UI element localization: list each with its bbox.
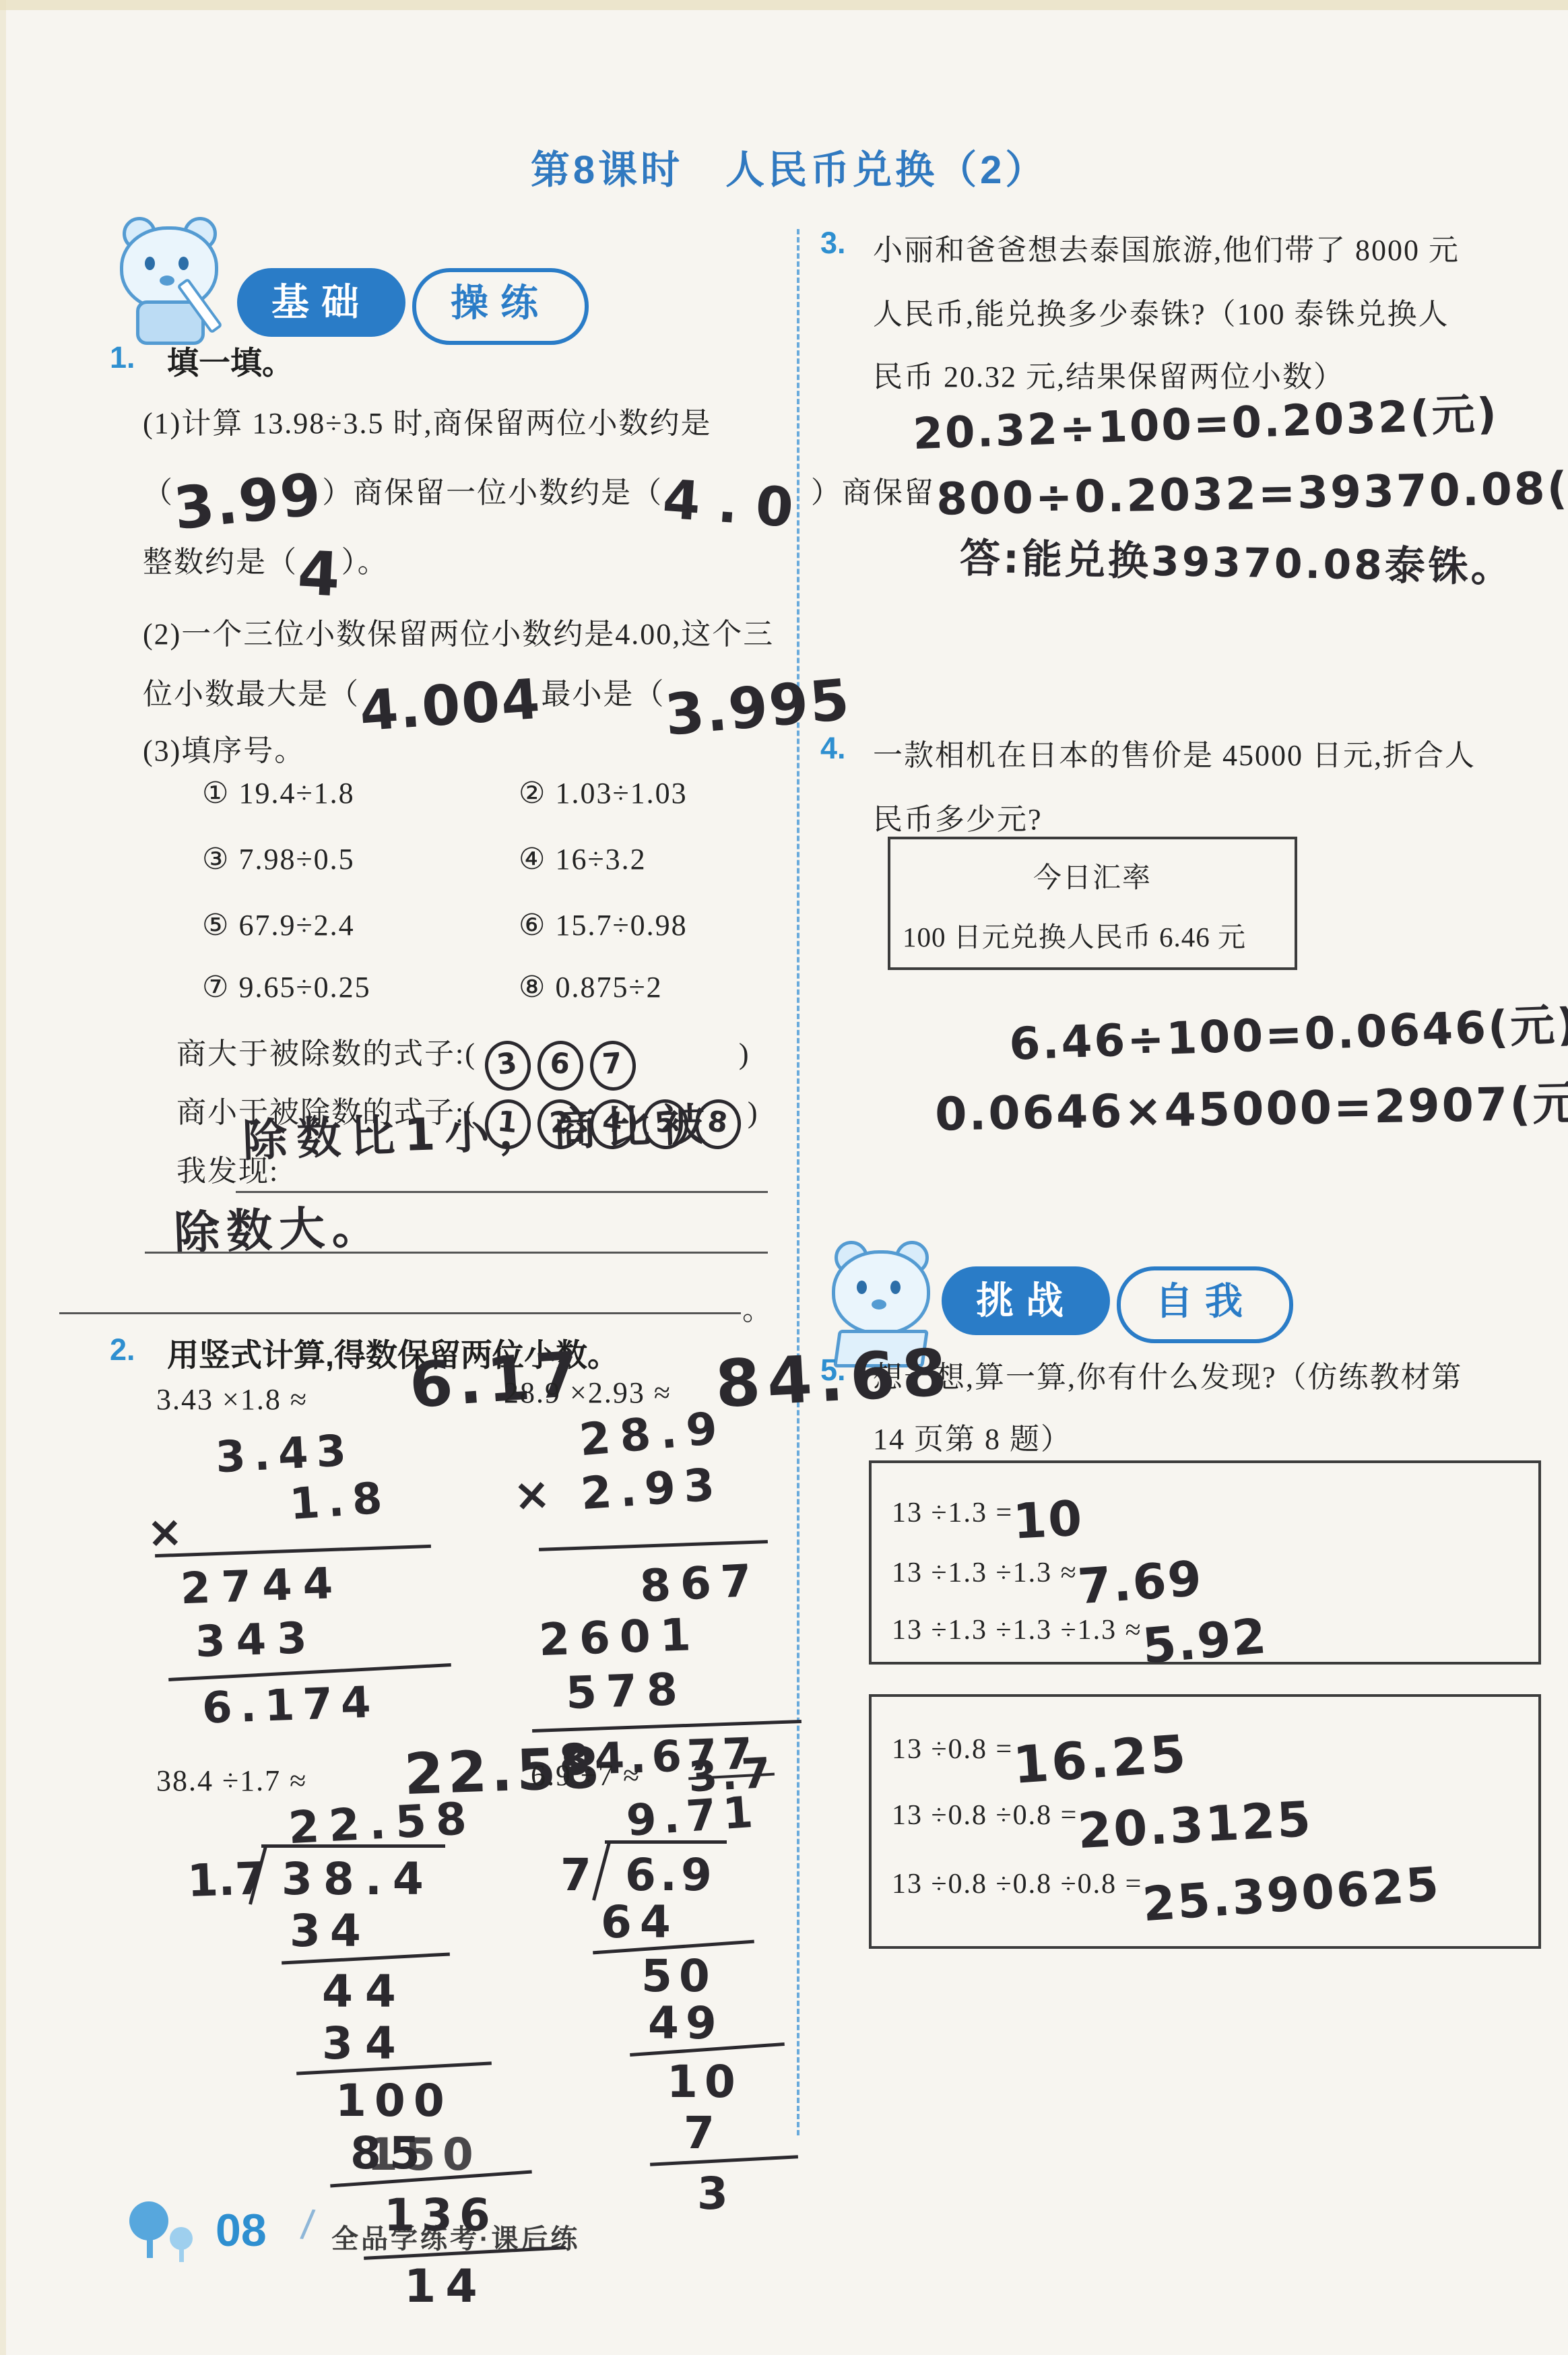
hw-answer: 7.69 — [1076, 1550, 1204, 1615]
answer-underline — [145, 1252, 768, 1254]
q1-part1-mid: ）商保留一位小数约是（ — [322, 476, 663, 509]
q5-line1: 想一想,算一算,你有什么发现?（仿练教材第 — [873, 1353, 1463, 1396]
q5-box1-row2: 13 ÷1.3 ÷1.3 ≈7.69 — [892, 1554, 1202, 1611]
hw-d1-row2: 44 — [322, 1966, 408, 2018]
hw-m1-row4: 343 — [195, 1613, 319, 1667]
q1-heading: 填一填。 — [167, 338, 294, 383]
hw-rule — [539, 1540, 768, 1551]
expression: 19.4÷1.8 — [238, 777, 354, 810]
hw-q4-step1: 6.46÷100=0.0646(元) — [1008, 988, 1568, 1072]
hw-d2-row5: 7 — [684, 2107, 715, 2159]
hw-d2-dividend: 6.9 — [605, 1840, 727, 1901]
q1-number: 1. — [110, 340, 135, 375]
hw-answer-3-99: 3.99 — [170, 461, 325, 543]
list-item: ⑧ 0.875÷2 — [519, 970, 663, 1004]
hw-answer: 25.390625 — [1141, 1857, 1443, 1933]
hw-rule — [155, 1545, 431, 1557]
expression: 7.98÷0.5 — [238, 843, 354, 876]
circled-number-icon: ③ — [202, 842, 230, 876]
hw-d2-quotient: 9.71 — [625, 1787, 762, 1846]
hw-rule — [532, 1720, 802, 1733]
expression: 13 ÷1.3 ÷1.3 ÷1.3 ≈ — [892, 1615, 1142, 1646]
hw-rule — [650, 2155, 798, 2166]
hw-m1-row3: 2744 — [180, 1559, 345, 1614]
footer-separator: / — [298, 2201, 317, 2250]
q5-box1-row3: 13 ÷1.3 ÷1.3 ÷1.3 ≈5.92 — [892, 1613, 1267, 1669]
bear-eye-icon — [857, 1281, 867, 1294]
paren: ) — [748, 1096, 759, 1129]
hw-answer: 20.3125 — [1076, 1791, 1314, 1859]
q1-part1-line2: （3.99）商保留一位小数约是（4.0）商保留 — [143, 468, 935, 536]
q4-line2: 民币多少元? — [873, 795, 1043, 838]
hw-d1-dividend: 38.4 — [261, 1844, 445, 1905]
list-item: ⑦ 9.65÷0.25 — [202, 970, 371, 1004]
hw-d1-row1: 34 — [290, 1905, 370, 1957]
hw-d2-row2: 50 — [641, 1950, 717, 2002]
hw-answer: 10 — [1012, 1489, 1084, 1549]
hw-d1-row4: 100 — [335, 2075, 453, 2127]
tree-trunk-icon — [179, 2249, 184, 2262]
q3-line2: 人民币,能兑换多少泰铢?（100 泰铢兑换人 — [873, 290, 1449, 333]
q1-part1-line3a: 整数约是（ — [143, 546, 298, 579]
q4-line1: 一款相机在日本的售价是 45000 日元,折合人 — [873, 731, 1476, 774]
expression: 13 ÷0.8 ÷0.8 = — [892, 1800, 1078, 1831]
hw-q3-answer-sentence: 答:能兑换39370.08泰铢。 — [959, 526, 1514, 593]
expression: 9.65÷0.25 — [238, 971, 370, 1004]
hw-d1-row7: 136 — [384, 2189, 497, 2241]
q5-box1: 13 ÷1.3 =10 13 ÷1.3 ÷1.3 ≈7.69 13 ÷1.3 ÷… — [869, 1460, 1541, 1665]
page-title: 第8课时 人民币兑换（2） — [531, 138, 1048, 195]
hw-answer-4: 4 — [296, 538, 343, 610]
q4-number: 4. — [820, 731, 846, 766]
badge-challenge-right: 自我 — [1117, 1266, 1293, 1343]
q3-line1: 小丽和爸爸想去泰国旅游,他们带了 8000 元 — [873, 226, 1460, 269]
list-item: ④ 16÷3.2 — [519, 842, 647, 876]
bear-snout-icon — [160, 276, 174, 286]
q1-part1-line3: 整数约是（4）。 — [143, 538, 389, 610]
page-number: 08 — [216, 2204, 267, 2257]
bear-eye-icon — [145, 257, 155, 270]
q5-box2: 13 ÷0.8 =16.25 13 ÷0.8 ÷0.8 =20.3125 13 … — [869, 1694, 1541, 1949]
list-item: ⑤ 67.9÷2.4 — [202, 908, 355, 942]
circled-number-icon: ⑤ — [202, 908, 230, 942]
expression: 16÷3.2 — [555, 843, 646, 876]
expression: 15.7÷0.98 — [555, 909, 687, 942]
hw-answer-4-004: 4.004 — [358, 668, 543, 744]
hw-m2-row1: 28.9 — [577, 1402, 729, 1466]
hw-answer: 16.25 — [1011, 1723, 1190, 1795]
badge-basic-right: 操练 — [412, 268, 589, 345]
expression: 1.03÷1.03 — [555, 777, 687, 810]
q1-greater-label: 商大于被除数的式子:( — [176, 1037, 476, 1070]
hw-d2-row4: 10 — [667, 2056, 742, 2108]
exchange-rate-line: 100 日元兑换人民币 6.46 元 — [903, 915, 1246, 955]
exchange-rate-box: 今日汇率 100 日元兑换人民币 6.46 元 — [888, 837, 1297, 970]
tree-small-icon — [170, 2227, 193, 2250]
hw-m1-result: 6.174 — [201, 1677, 380, 1733]
bear-head-icon — [832, 1250, 930, 1335]
hw-circled-6: 6 — [535, 1039, 585, 1093]
circled-number-icon: ⑧ — [519, 970, 546, 1004]
paren: ) — [739, 1037, 750, 1070]
badge-basic-left: 基础 — [237, 268, 405, 337]
circled-number-icon: ⑦ — [202, 970, 230, 1004]
expression: 0.875÷2 — [555, 971, 662, 1004]
bear-snout-icon — [872, 1299, 886, 1310]
circled-number-icon: ① — [202, 776, 230, 810]
q2-m1-expression: 3.43 ×1.8 ≈ — [156, 1382, 308, 1417]
hw-m2-times-sign: × — [511, 1467, 552, 1522]
q2-m2-expression: 28.9 ×2.93 ≈ — [504, 1376, 672, 1410]
bear-pencil-mascot-icon — [120, 217, 221, 342]
q5-box1-row1: 13 ÷1.3 =10 — [892, 1491, 1083, 1548]
list-item: ① 19.4÷1.8 — [202, 776, 355, 810]
hw-m2-row5: 578 — [565, 1663, 688, 1719]
hw-m2-row3: 867 — [639, 1554, 762, 1612]
q1-part1-line3b: ）。 — [341, 546, 389, 579]
hw-d1-row3: 34 — [322, 2018, 408, 2069]
paren: （ — [143, 476, 174, 509]
tree-icon — [129, 2201, 168, 2240]
list-item: ② 1.03÷1.03 — [519, 776, 688, 810]
q1-part1-line1: (1)计算 13.98÷3.5 时,商保留两位小数约是 — [143, 399, 711, 442]
hw-q4-step2: 0.0646×45000=2907(元) — [934, 1066, 1568, 1143]
hw-circled-3: 3 — [482, 1038, 534, 1094]
hw-d2-row3: 49 — [648, 1997, 723, 2049]
hw-d1-row8: 14 — [404, 2260, 487, 2313]
hw-d2-divisor: 7 — [560, 1849, 591, 1901]
scan-edge-left — [0, 0, 6, 2355]
list-item: ⑥ 15.7÷0.98 — [519, 908, 688, 942]
expression: 13 ÷0.8 ÷0.8 ÷0.8 = — [892, 1869, 1142, 1900]
answer-underline — [59, 1312, 741, 1314]
hw-d2-row1: 64 — [601, 1896, 679, 1948]
q1-part2-line1: (2)一个三位小数保留两位小数约是4.00,这个三 — [143, 610, 774, 653]
expression: 13 ÷0.8 = — [892, 1734, 1013, 1765]
q1-part1-tail: ）商保留 — [811, 476, 935, 509]
expression: 13 ÷1.3 ÷1.3 ≈ — [892, 1557, 1078, 1588]
q2-d1-expression: 38.4 ÷1.7 ≈ — [156, 1764, 307, 1798]
period: 。 — [742, 1285, 773, 1328]
q3-number: 3. — [820, 226, 846, 261]
circled-number-icon: ⑥ — [519, 908, 546, 942]
expression: 13 ÷1.3 = — [892, 1497, 1013, 1528]
hw-answer-4-0: 4.0 — [661, 467, 813, 540]
hw-m1-row1: 3.43 — [214, 1426, 355, 1483]
q1-part2-line2b: 最小是（ — [541, 678, 665, 711]
list-item: ③ 7.98÷0.5 — [202, 842, 355, 876]
hw-q3-step2: 800÷0.2032=39370.08(泰铢) — [936, 450, 1568, 527]
q5-box2-row2: 13 ÷0.8 ÷0.8 =20.3125 — [892, 1797, 1313, 1853]
hw-d2-row6: 3 — [697, 2168, 728, 2220]
tree-trunk-icon — [147, 2238, 153, 2258]
exchange-rate-title: 今日汇率 — [1033, 856, 1152, 896]
bear-eye-icon — [178, 257, 189, 270]
hw-m1-row2: 1.8 — [288, 1473, 392, 1530]
circled-number-icon: ④ — [519, 842, 546, 876]
q5-box2-row3: 13 ÷0.8 ÷0.8 ÷0.8 =25.390625 — [892, 1867, 1441, 1922]
hw-answer: 5.92 — [1140, 1607, 1269, 1675]
hw-m2-row2: 2.93 — [579, 1458, 725, 1520]
hw-m2-row4: 2601 — [538, 1609, 701, 1666]
q5-box2-row1: 13 ÷0.8 =16.25 — [892, 1729, 1189, 1789]
q5-line2: 14 页第 8 题） — [873, 1415, 1072, 1458]
bear-eye-icon — [890, 1281, 901, 1294]
hw-d1-row6: 150 — [367, 2129, 480, 2181]
q1-part3-heading: (3)填序号。 — [143, 726, 305, 769]
hw-m1-times-sign: × — [146, 1507, 184, 1558]
badge-challenge-left: 挑战 — [942, 1266, 1110, 1335]
expression: 67.9÷2.4 — [238, 909, 354, 942]
scan-edge-top — [0, 0, 1568, 10]
hw-m2-answer: 84.68 — [713, 1334, 955, 1422]
workbook-page: 第8课时 人民币兑换（2） 基础 操练 1. 填一填。 (1)计算 13.98÷… — [0, 0, 1568, 2355]
circled-number-icon: ② — [519, 776, 546, 810]
hw-circled-7: 7 — [588, 1039, 637, 1093]
q2-number: 2. — [110, 1332, 135, 1367]
q1-part2-line2a: 位小数最大是（ — [143, 678, 360, 711]
q2-d2-expression: 6.9 ÷7 ≈ — [531, 1758, 641, 1793]
q1-greater-line: 商大于被除数的式子:( 367 ) — [176, 1029, 750, 1091]
